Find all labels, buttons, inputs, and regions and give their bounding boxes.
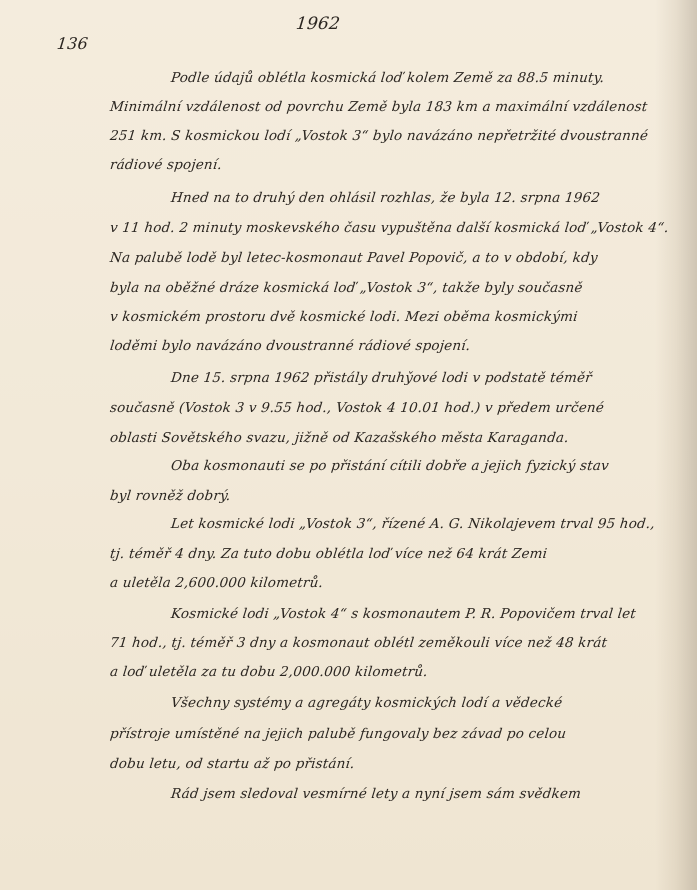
year-heading: 1962 bbox=[295, 14, 341, 34]
text-line: v kosmickém prostoru dvě kosmické lodi. … bbox=[109, 309, 578, 325]
text-line: oblasti Sovětského svazu, jižně od Kazaš… bbox=[109, 430, 569, 446]
text-line: Minimální vzdálenost od povrchu Země byl… bbox=[109, 99, 648, 115]
text-line: a loď uletěla za tu dobu 2,000.000 kilom… bbox=[109, 664, 428, 680]
text-line: byla na oběžné dráze kosmická loď „Vosto… bbox=[109, 280, 583, 296]
text-line: Podle údajů oblétla kosmická loď kolem Z… bbox=[170, 70, 605, 86]
text-line: současně (Vostok 3 v 9.55 hod., Vostok 4… bbox=[109, 400, 605, 416]
text-line: rádiové spojení. bbox=[109, 157, 223, 173]
page-number: 136 bbox=[56, 34, 89, 53]
text-line: Všechny systémy a agregáty kosmických lo… bbox=[170, 695, 563, 711]
text-line: Dne 15. srpna 1962 přistály druhy̌ové lo… bbox=[170, 370, 593, 386]
text-line: Kosmické lodi „Vostok 4“ s kosmonautem P… bbox=[170, 606, 637, 622]
text-line: 251 km. S kosmickou lodí „Vostok 3“ bylo… bbox=[109, 128, 649, 144]
text-line: Hned na to druhý den ohlásil rozhlas, že… bbox=[170, 190, 601, 206]
document-page: 1962 136 Podle údajů oblétla kosmická lo… bbox=[0, 0, 697, 890]
text-line: 71 hod., tj. téměř 3 dny a kosmonaut obl… bbox=[109, 635, 608, 651]
text-line: Na palubě lodě byl letec-kosmonaut Pavel… bbox=[109, 250, 598, 266]
text-line: tj. téměř 4 dny. Za tuto dobu oblétla lo… bbox=[109, 546, 548, 562]
text-line: byl rovněž dobrý. bbox=[109, 488, 231, 504]
text-line: Let kosmické lodi „Vostok 3“, řízené A. … bbox=[170, 516, 656, 532]
text-line: loděmi bylo navázáno dvoustranné rádiové… bbox=[109, 338, 471, 354]
text-line: Oba kosmonauti se po přistání cítili dob… bbox=[170, 458, 610, 474]
text-line: Rád jsem sledoval vesmírné lety a nyní j… bbox=[170, 786, 582, 802]
text-line: dobu letu, od startu až po přistání. bbox=[109, 756, 355, 772]
text-line: a uletěla 2,600.000 kilometrů. bbox=[109, 575, 324, 591]
text-line: přístroje umístěné na jejich palubě fung… bbox=[109, 726, 567, 742]
text-line: v 11 hod. 2 minuty moskevského času vypu… bbox=[109, 220, 669, 236]
